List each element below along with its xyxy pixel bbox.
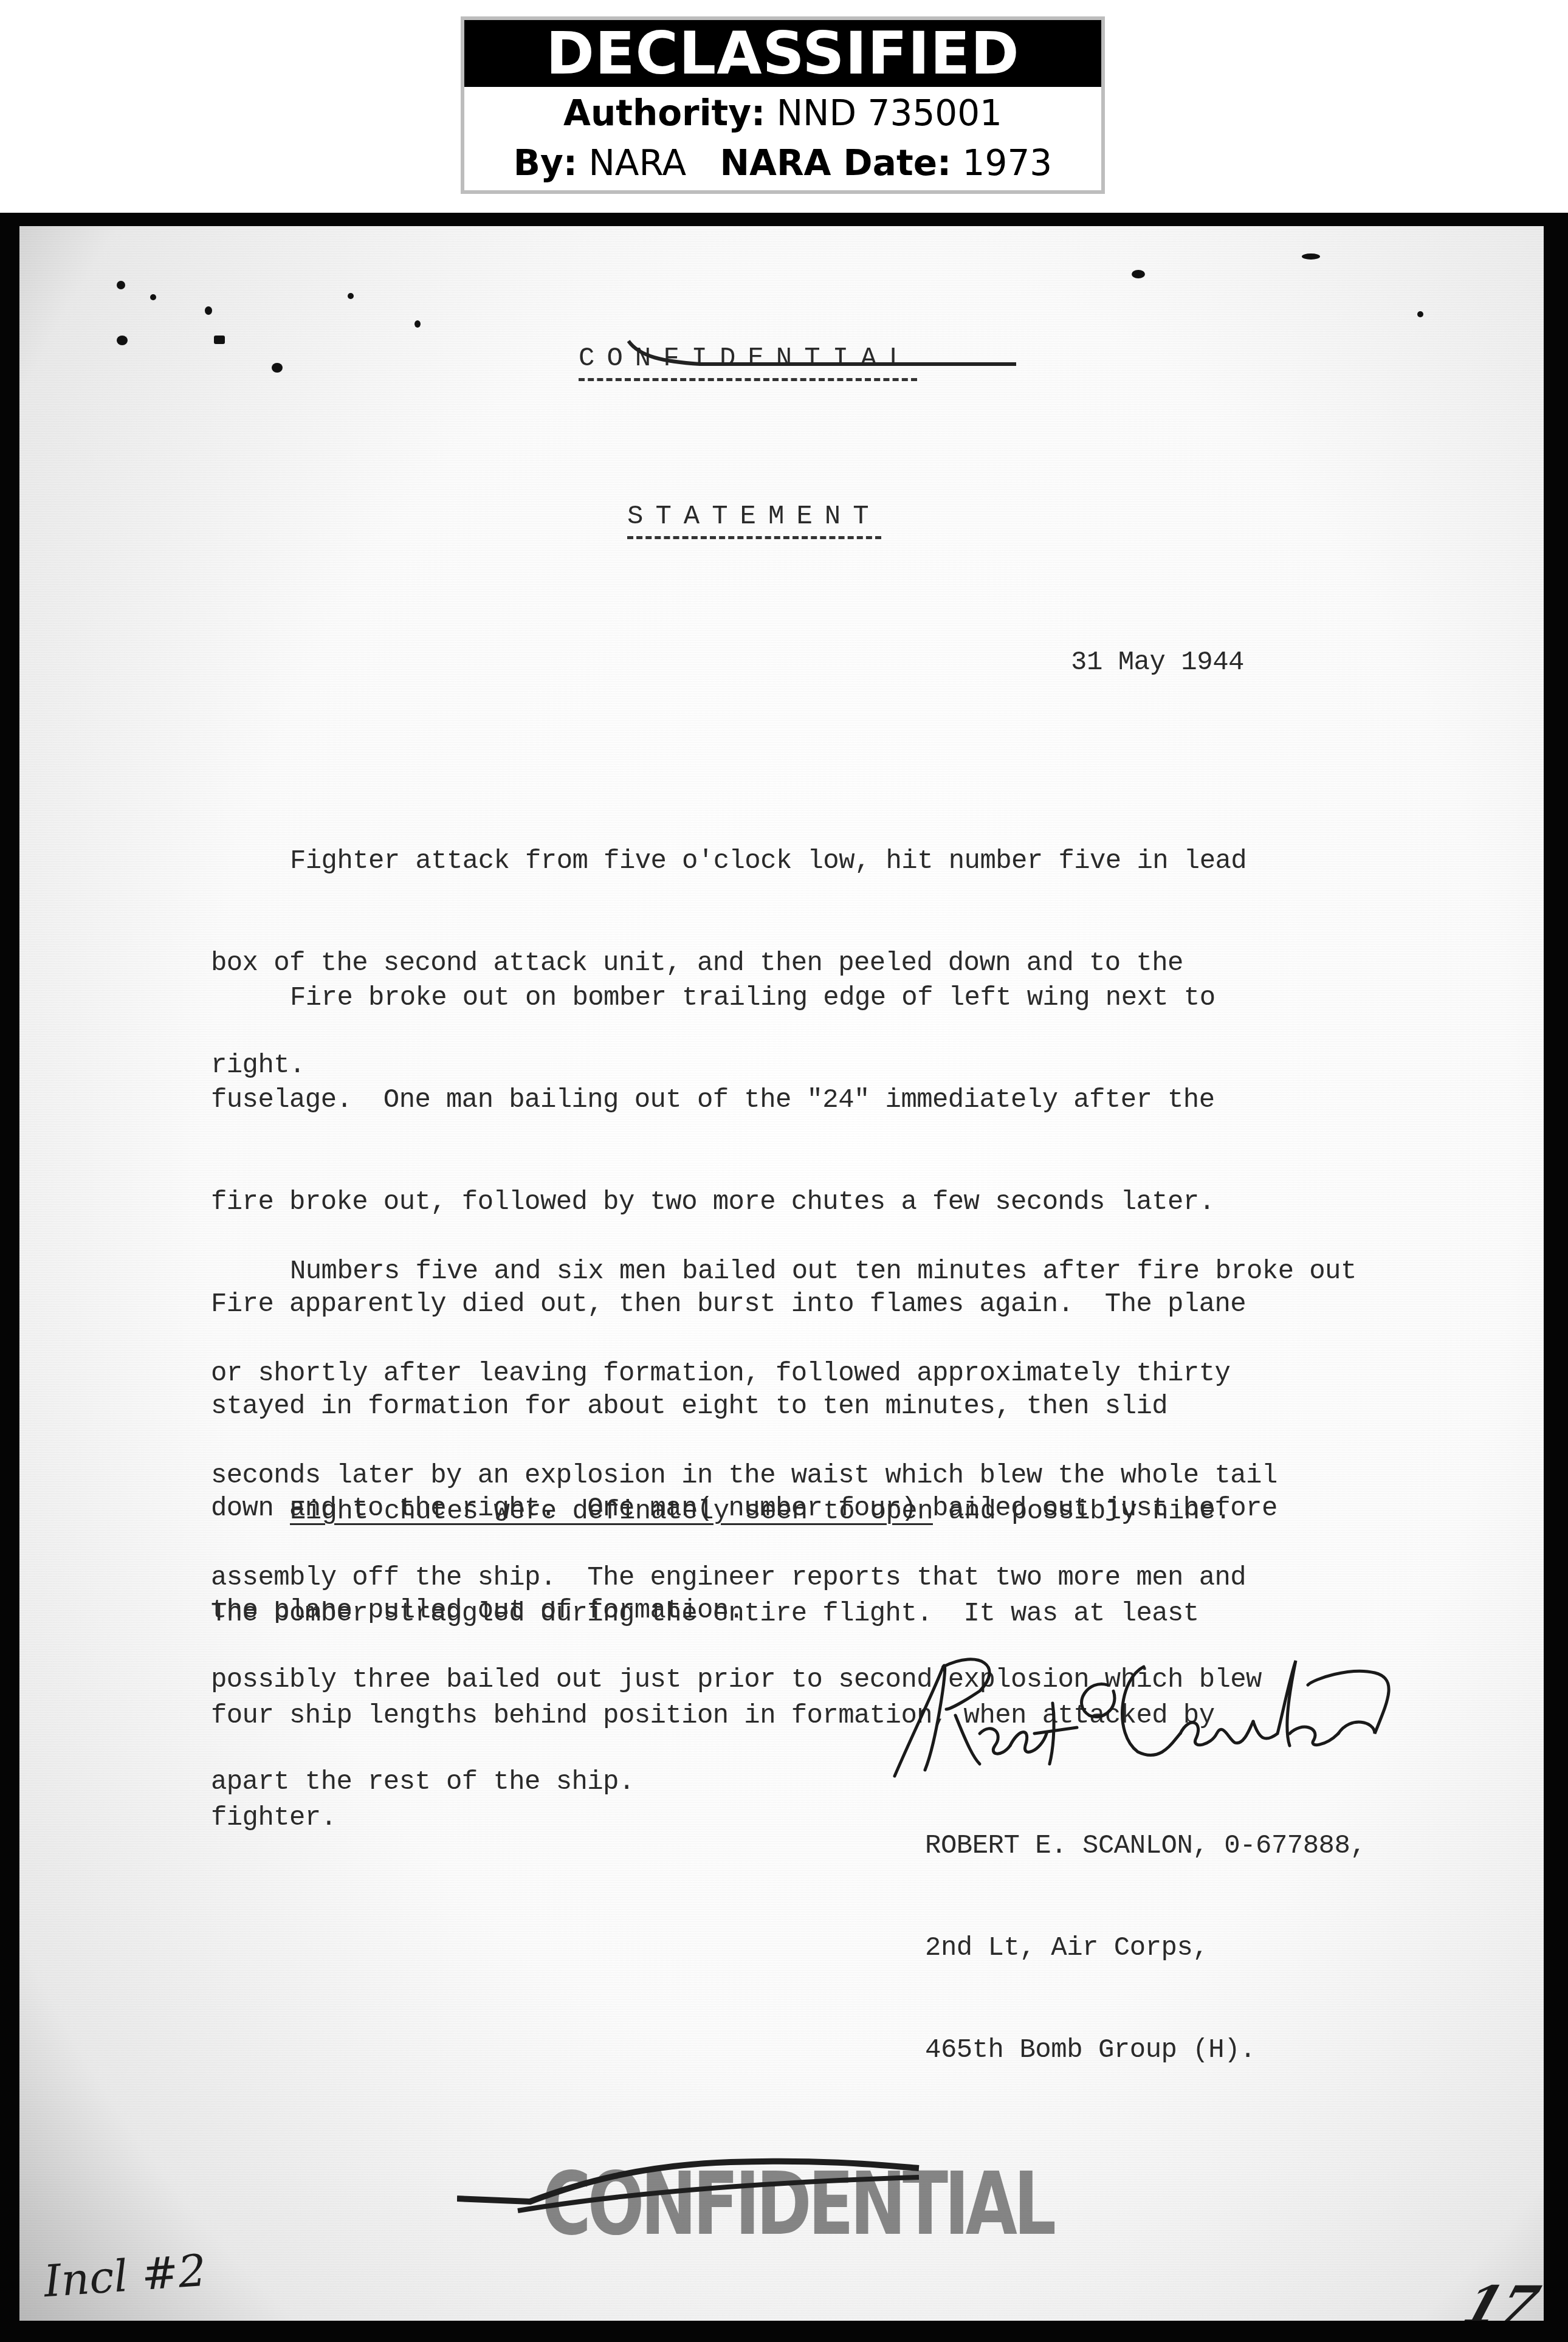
dust-speck (117, 281, 125, 289)
document-page: CONFIDENTIAL STATEMENT 31 May 1944 Fight… (19, 226, 1544, 2321)
stamp-authority-line: Authority: NND 735001 (464, 92, 1101, 134)
underlined-text: Eight chutes were definately seen to ope… (290, 1496, 933, 1527)
scan-frame: CONFIDENTIAL STATEMENT 31 May 1944 Fight… (0, 213, 1568, 2342)
dust-speck (1417, 311, 1423, 317)
text-line: Fighter attack from five o'clock low, hi… (211, 844, 1246, 878)
signatory-name: ROBERT E. SCANLON, 0-677888, (925, 1829, 1366, 1863)
authority-label: Authority: (563, 92, 765, 134)
handwritten-page-number: 17 (1456, 2275, 1544, 2321)
bottom-classification-stamp: CONFIDENTIAL (542, 2154, 1053, 2254)
stamp-title: DECLASSIFIED (464, 20, 1101, 87)
authority-value: NND 735001 (777, 92, 1002, 134)
classification-header: CONFIDENTIAL (579, 342, 917, 381)
dust-speck (214, 336, 225, 344)
dust-speck (150, 294, 156, 300)
text-line: four ship lengths behind position in for… (211, 1699, 1231, 1733)
dust-speck (1302, 253, 1320, 260)
document-date: 31 May 1944 (1071, 646, 1244, 680)
dust-speck (1132, 270, 1145, 278)
text-line: fuselage. One man bailing out of the "24… (211, 1083, 1277, 1117)
document-title: STATEMENT (627, 500, 881, 539)
declassification-stamp: DECLASSIFIED Authority: NND 735001 By: N… (461, 16, 1105, 194)
handwritten-enclosure-note: Incl #2 (42, 2245, 207, 2307)
nara-date-value: 1973 (963, 142, 1053, 184)
dust-speck (117, 336, 128, 345)
text-fragment: and possibly nine. (933, 1496, 1231, 1527)
text-line: or shortly after leaving formation, foll… (211, 1357, 1357, 1391)
signatory-rank: 2nd Lt, Air Corps, (925, 1931, 1366, 1965)
dust-speck (205, 306, 212, 315)
signatory-unit: 465th Bomb Group (H). (925, 2033, 1366, 2067)
dust-speck (348, 293, 354, 299)
by-value: NARA (588, 142, 686, 184)
dust-speck (414, 320, 421, 328)
text-line: Eight chutes were definately seen to ope… (211, 1495, 1231, 1529)
text-line: Numbers five and six men bailed out ten … (211, 1255, 1357, 1289)
by-label: By: (514, 142, 577, 184)
text-line: The bomber straggled during the entire f… (211, 1597, 1231, 1631)
stamp-by-line: By: NARA NARA Date: 1973 (464, 142, 1101, 184)
dust-speck (272, 363, 283, 373)
text-line: Fire broke out on bomber trailing edge o… (211, 981, 1277, 1015)
nara-date-label: NARA Date: (720, 142, 951, 184)
signatory-block: ROBERT E. SCANLON, 0-677888, 2nd Lt, Air… (925, 1761, 1366, 2135)
